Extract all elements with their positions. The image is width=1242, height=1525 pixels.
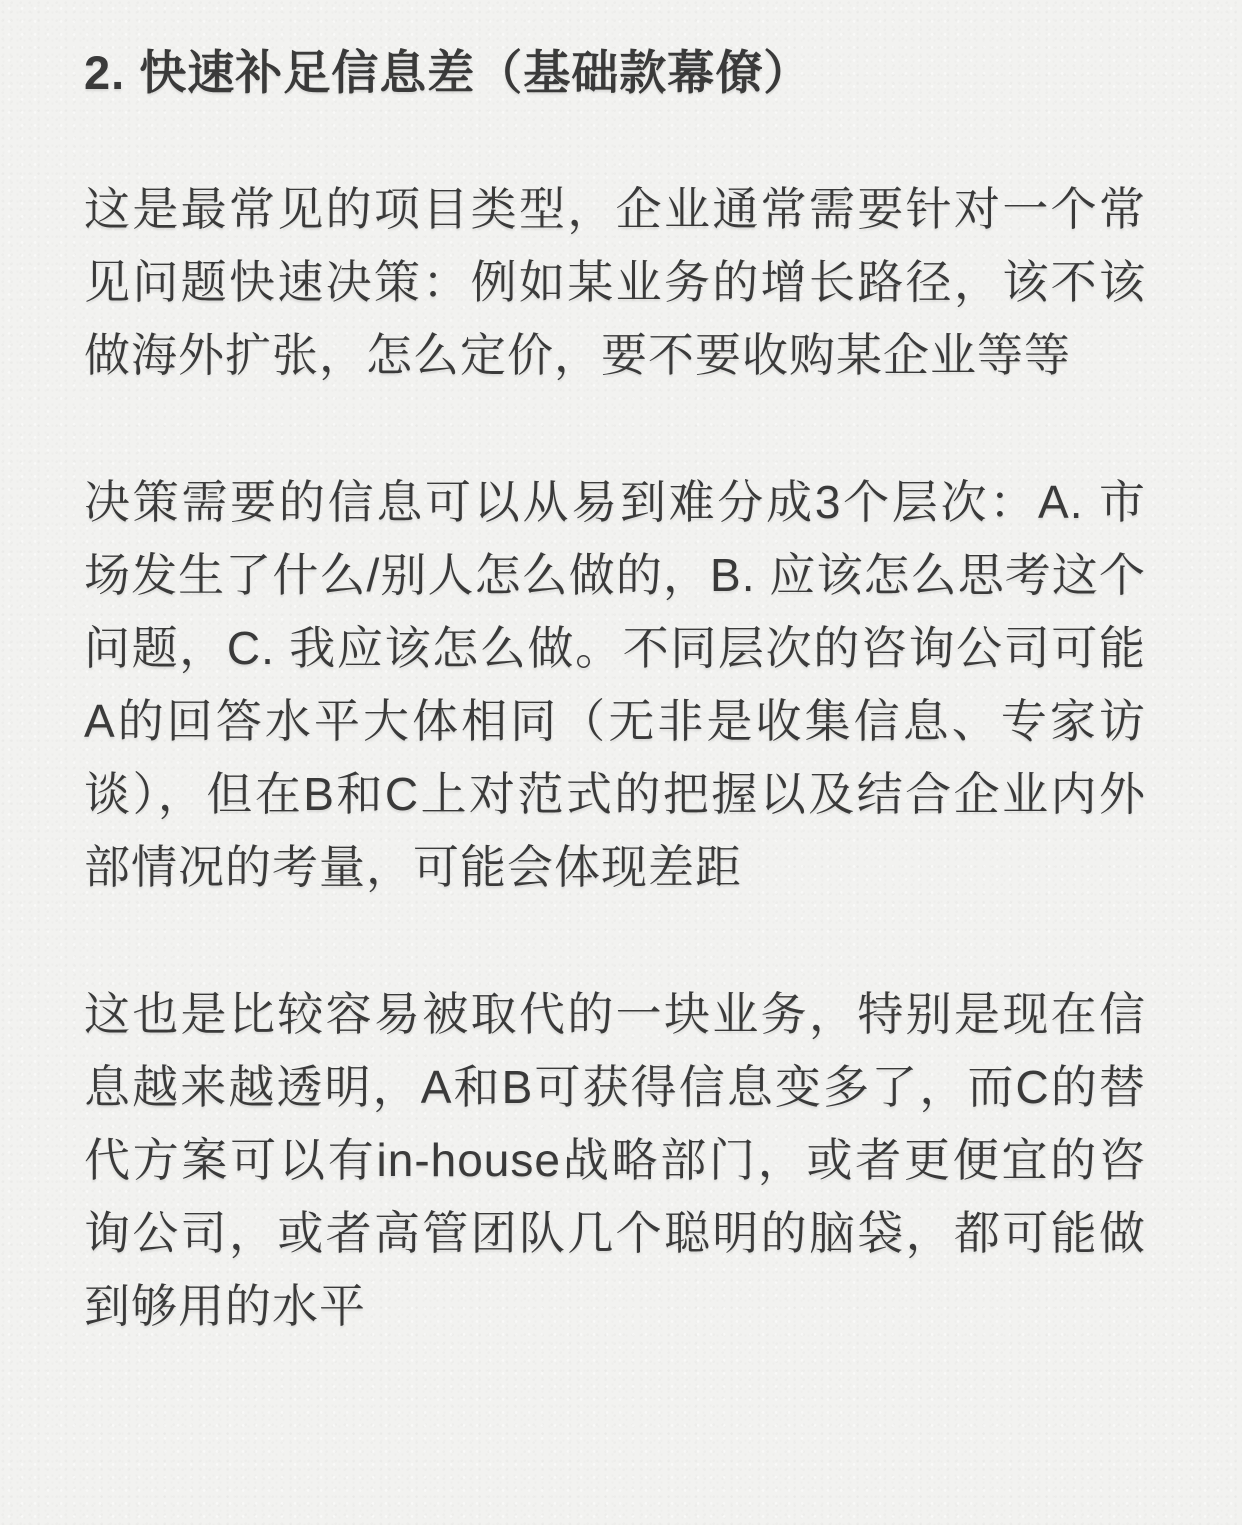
- note-paragraph-1: 这是最常见的项目类型，企业通常需要针对一个常见问题快速决策：例如某业务的增长路径…: [84, 173, 1146, 392]
- note-body: 2. 快速补足信息差（基础款幕僚） 这是最常见的项目类型，企业通常需要针对一个常…: [0, 0, 1242, 1525]
- note-paragraph-3: 这也是比较容易被取代的一块业务，特别是现在信息越来越透明，A和B可获得信息变多了…: [84, 978, 1146, 1343]
- note-page: { "page": { "background_color": "#f2f2f0…: [0, 0, 1242, 1525]
- note-paragraph-2: 决策需要的信息可以从易到难分成3个层次：A. 市场发生了什么/别人怎么做的，B.…: [84, 466, 1146, 904]
- note-heading: 2. 快速补足信息差（基础款幕僚）: [84, 36, 1146, 109]
